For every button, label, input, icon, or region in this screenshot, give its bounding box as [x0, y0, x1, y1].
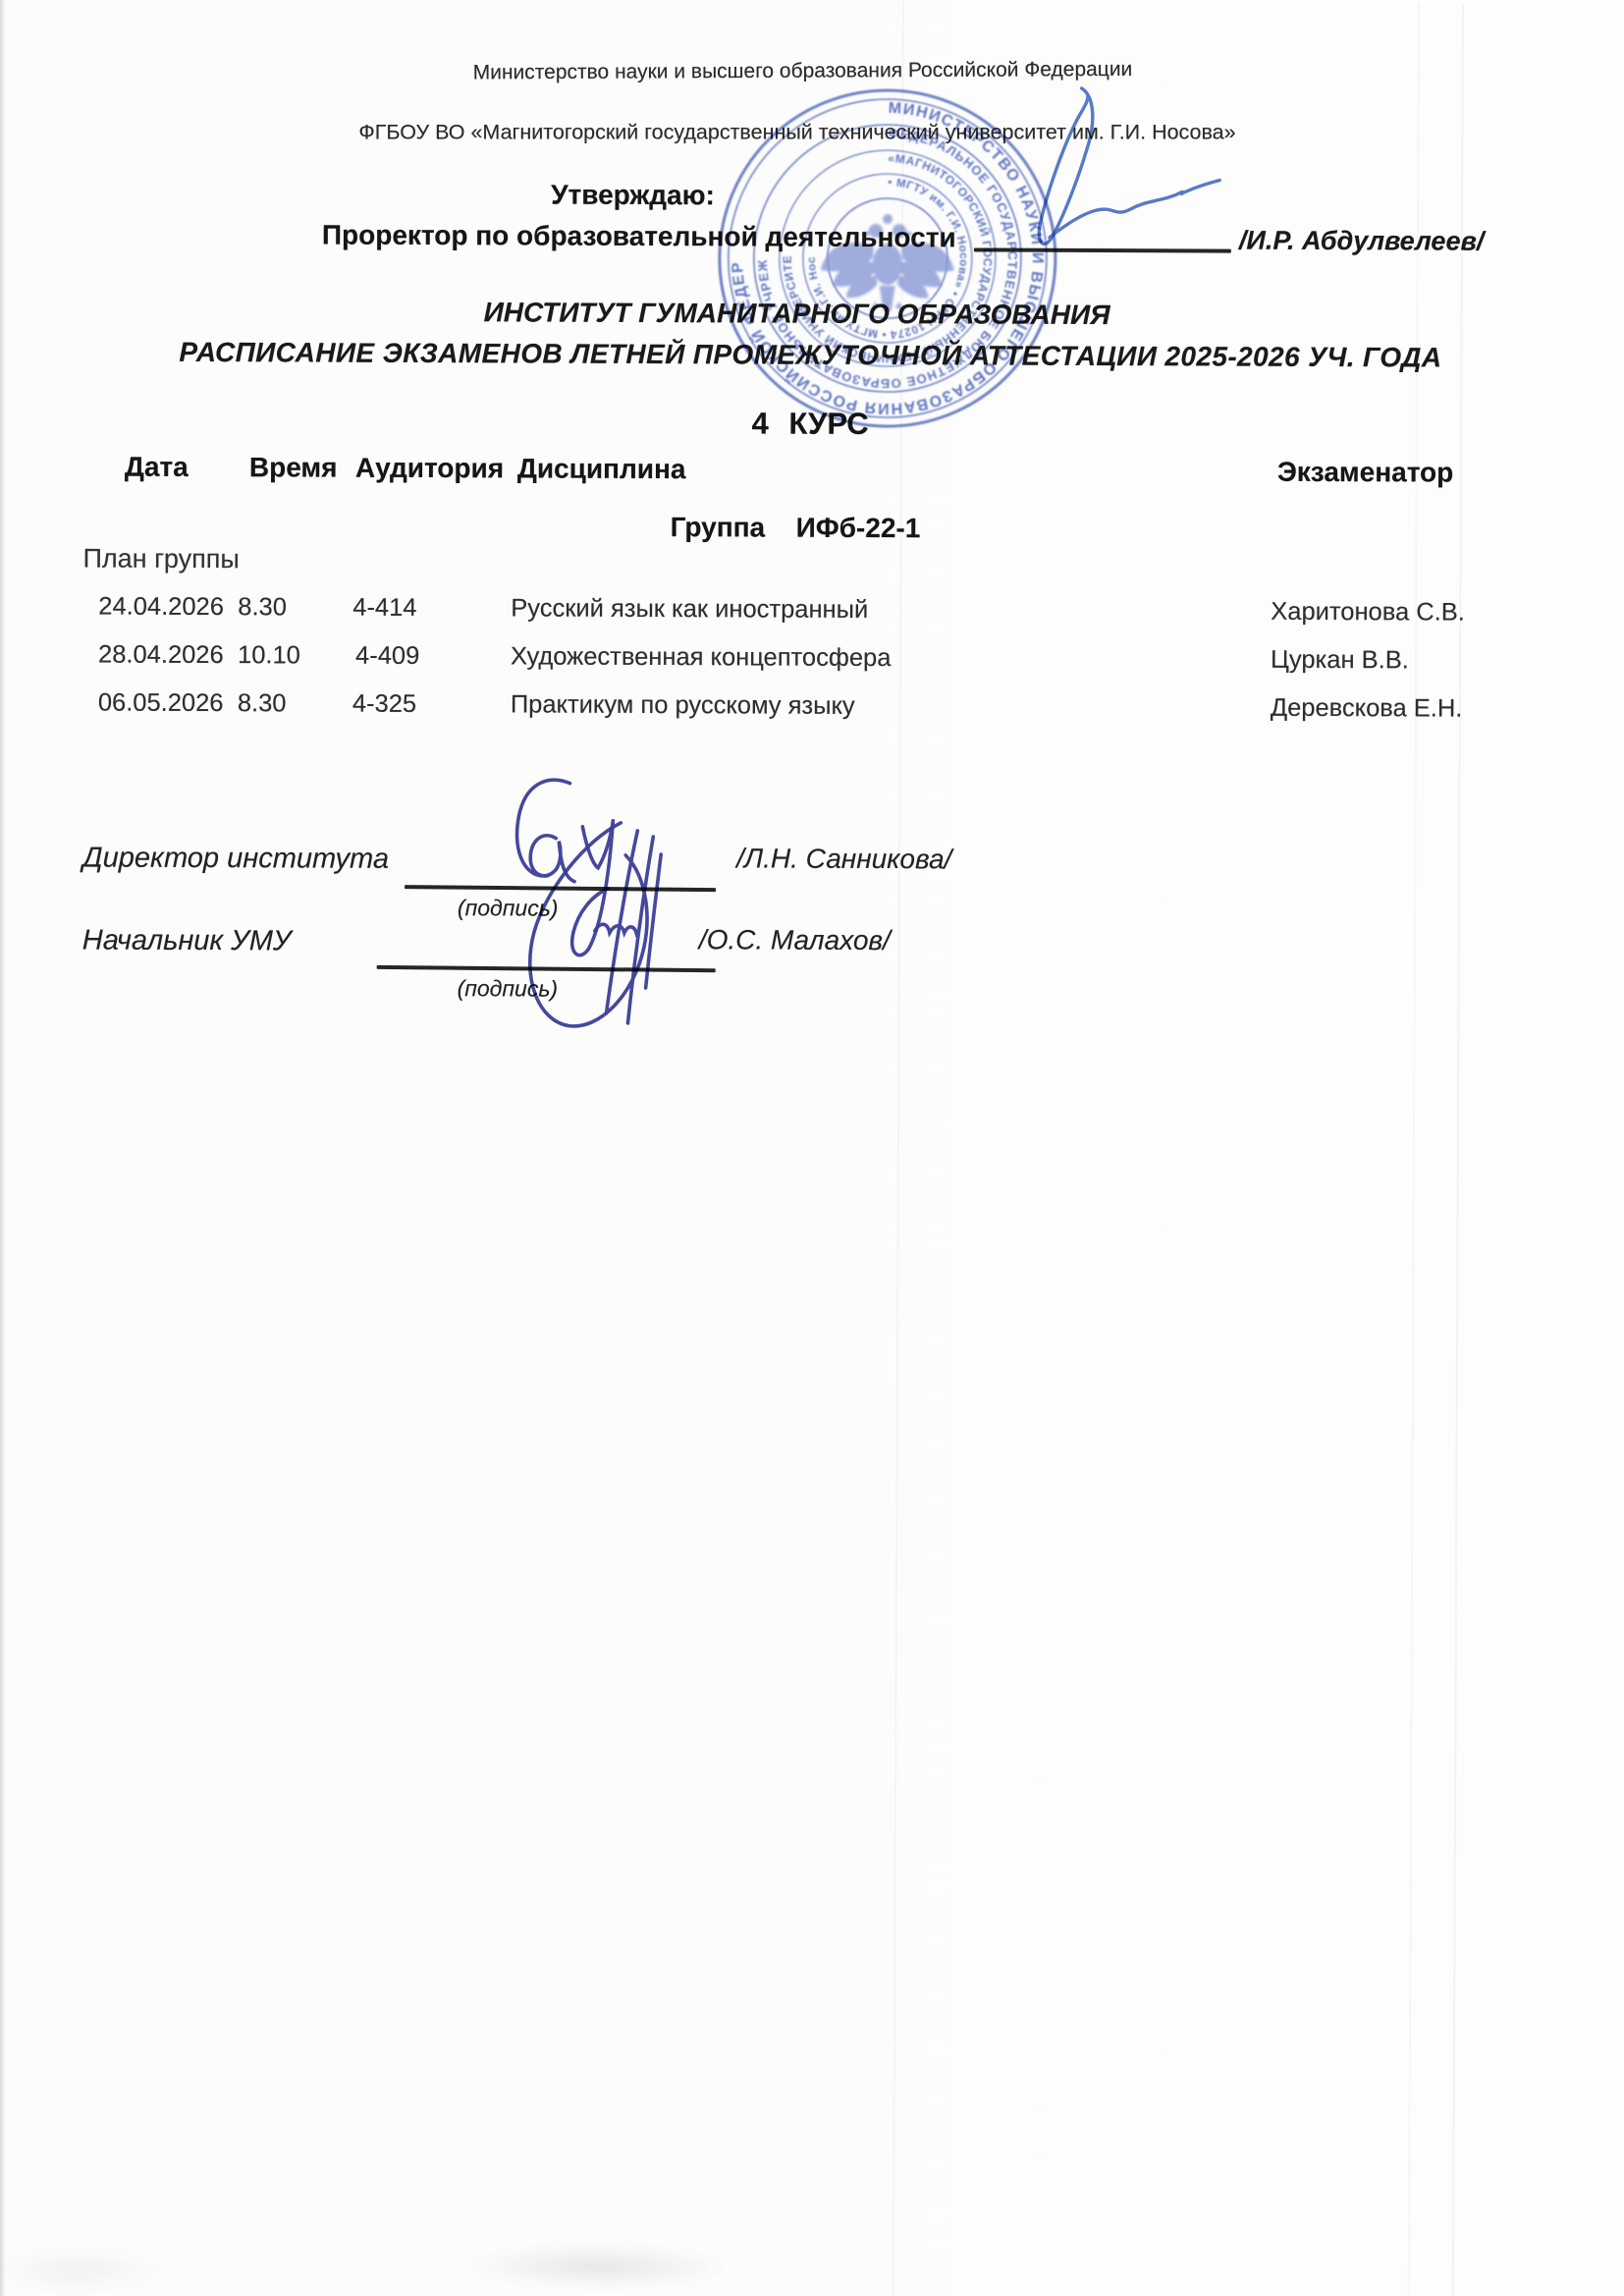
pen-signature-director: [516, 780, 614, 956]
pen-signature-umu: [529, 822, 661, 1026]
pen-signature-approver: [1039, 88, 1219, 245]
scanned-page: Министерство науки и высшего образования…: [0, 0, 1624, 2296]
document-content: Министерство науки и высшего образования…: [0, 0, 1624, 2296]
page-edge-shadow: [0, 0, 5, 2296]
pen-signatures: [0, 0, 1624, 2296]
